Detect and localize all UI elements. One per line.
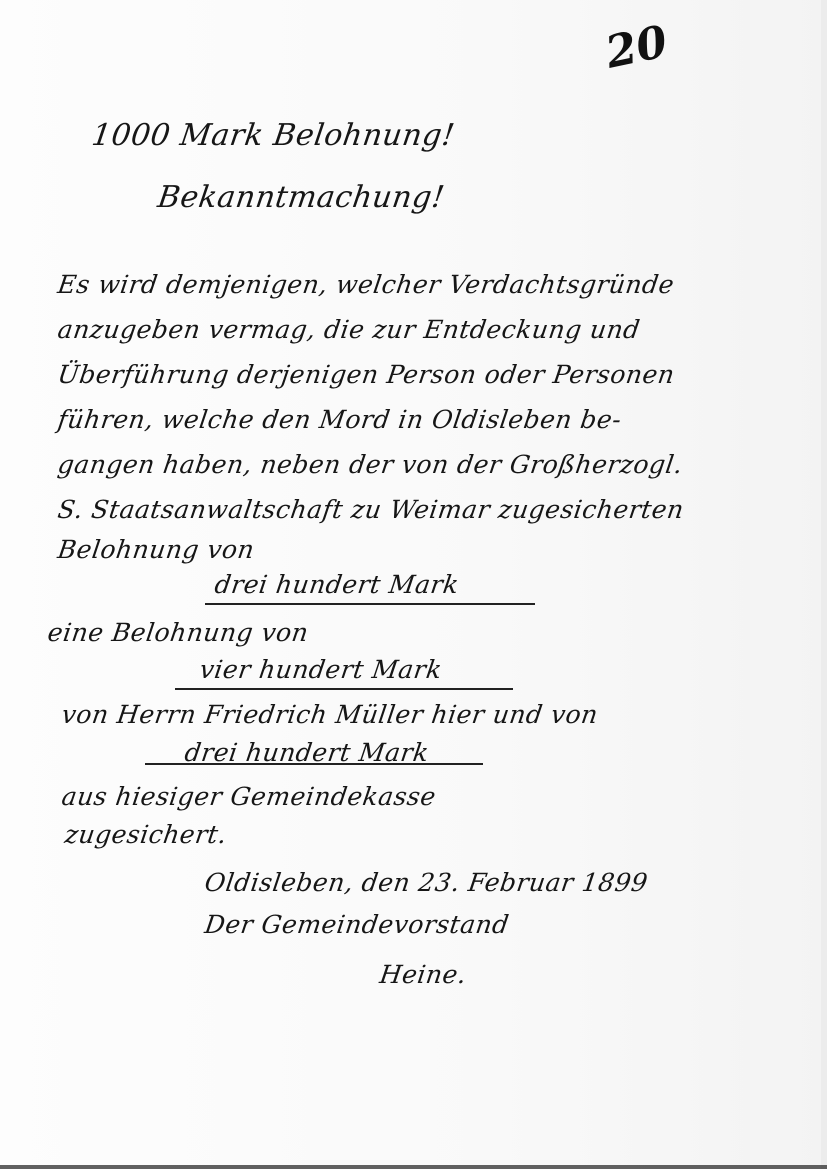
line-after-amount-1: eine Belohnung von xyxy=(46,618,311,647)
scan-edge-right xyxy=(821,0,827,1169)
amount-1: drei hundert Mark xyxy=(213,570,461,599)
body-line-2: anzugeben vermag, die zur Entdeckung und xyxy=(56,315,642,344)
body-line-5: gangen haben, neben der von der Großherz… xyxy=(56,450,685,479)
signature: Heine. xyxy=(378,960,469,989)
place-date: Oldisleben, den 23. Februar 1899 xyxy=(203,868,650,897)
line-after-amount-2: von Herrn Friedrich Müller hier und von xyxy=(60,700,600,729)
body-line-3: Überführung derjenigen Person oder Perso… xyxy=(56,360,677,389)
heading-title: 1000 Mark Belohnung! xyxy=(90,118,457,153)
body-line-7: Belohnung von xyxy=(56,535,256,564)
amount-1-underline xyxy=(205,603,535,605)
body-line-1: Es wird demjenigen, welcher Verdachtsgrü… xyxy=(56,270,676,299)
amount-3-underline xyxy=(145,763,483,765)
closing-line: zugesichert. xyxy=(63,820,229,849)
amount-2-underline xyxy=(175,688,513,690)
body-line-6: S. Staatsanwaltschaft zu Weimar zugesich… xyxy=(56,495,686,524)
body-line-4: führen, welche den Mord in Oldisleben be… xyxy=(56,405,623,434)
heading-subtitle: Bekanntmachung! xyxy=(156,180,447,215)
line-after-amount-3: aus hiesiger Gemeindekasse xyxy=(60,782,438,811)
amount-2: vier hundert Mark xyxy=(198,655,444,684)
signatory-title: Der Gemeindevorstand xyxy=(203,910,511,939)
scan-edge-bottom xyxy=(0,1165,827,1169)
